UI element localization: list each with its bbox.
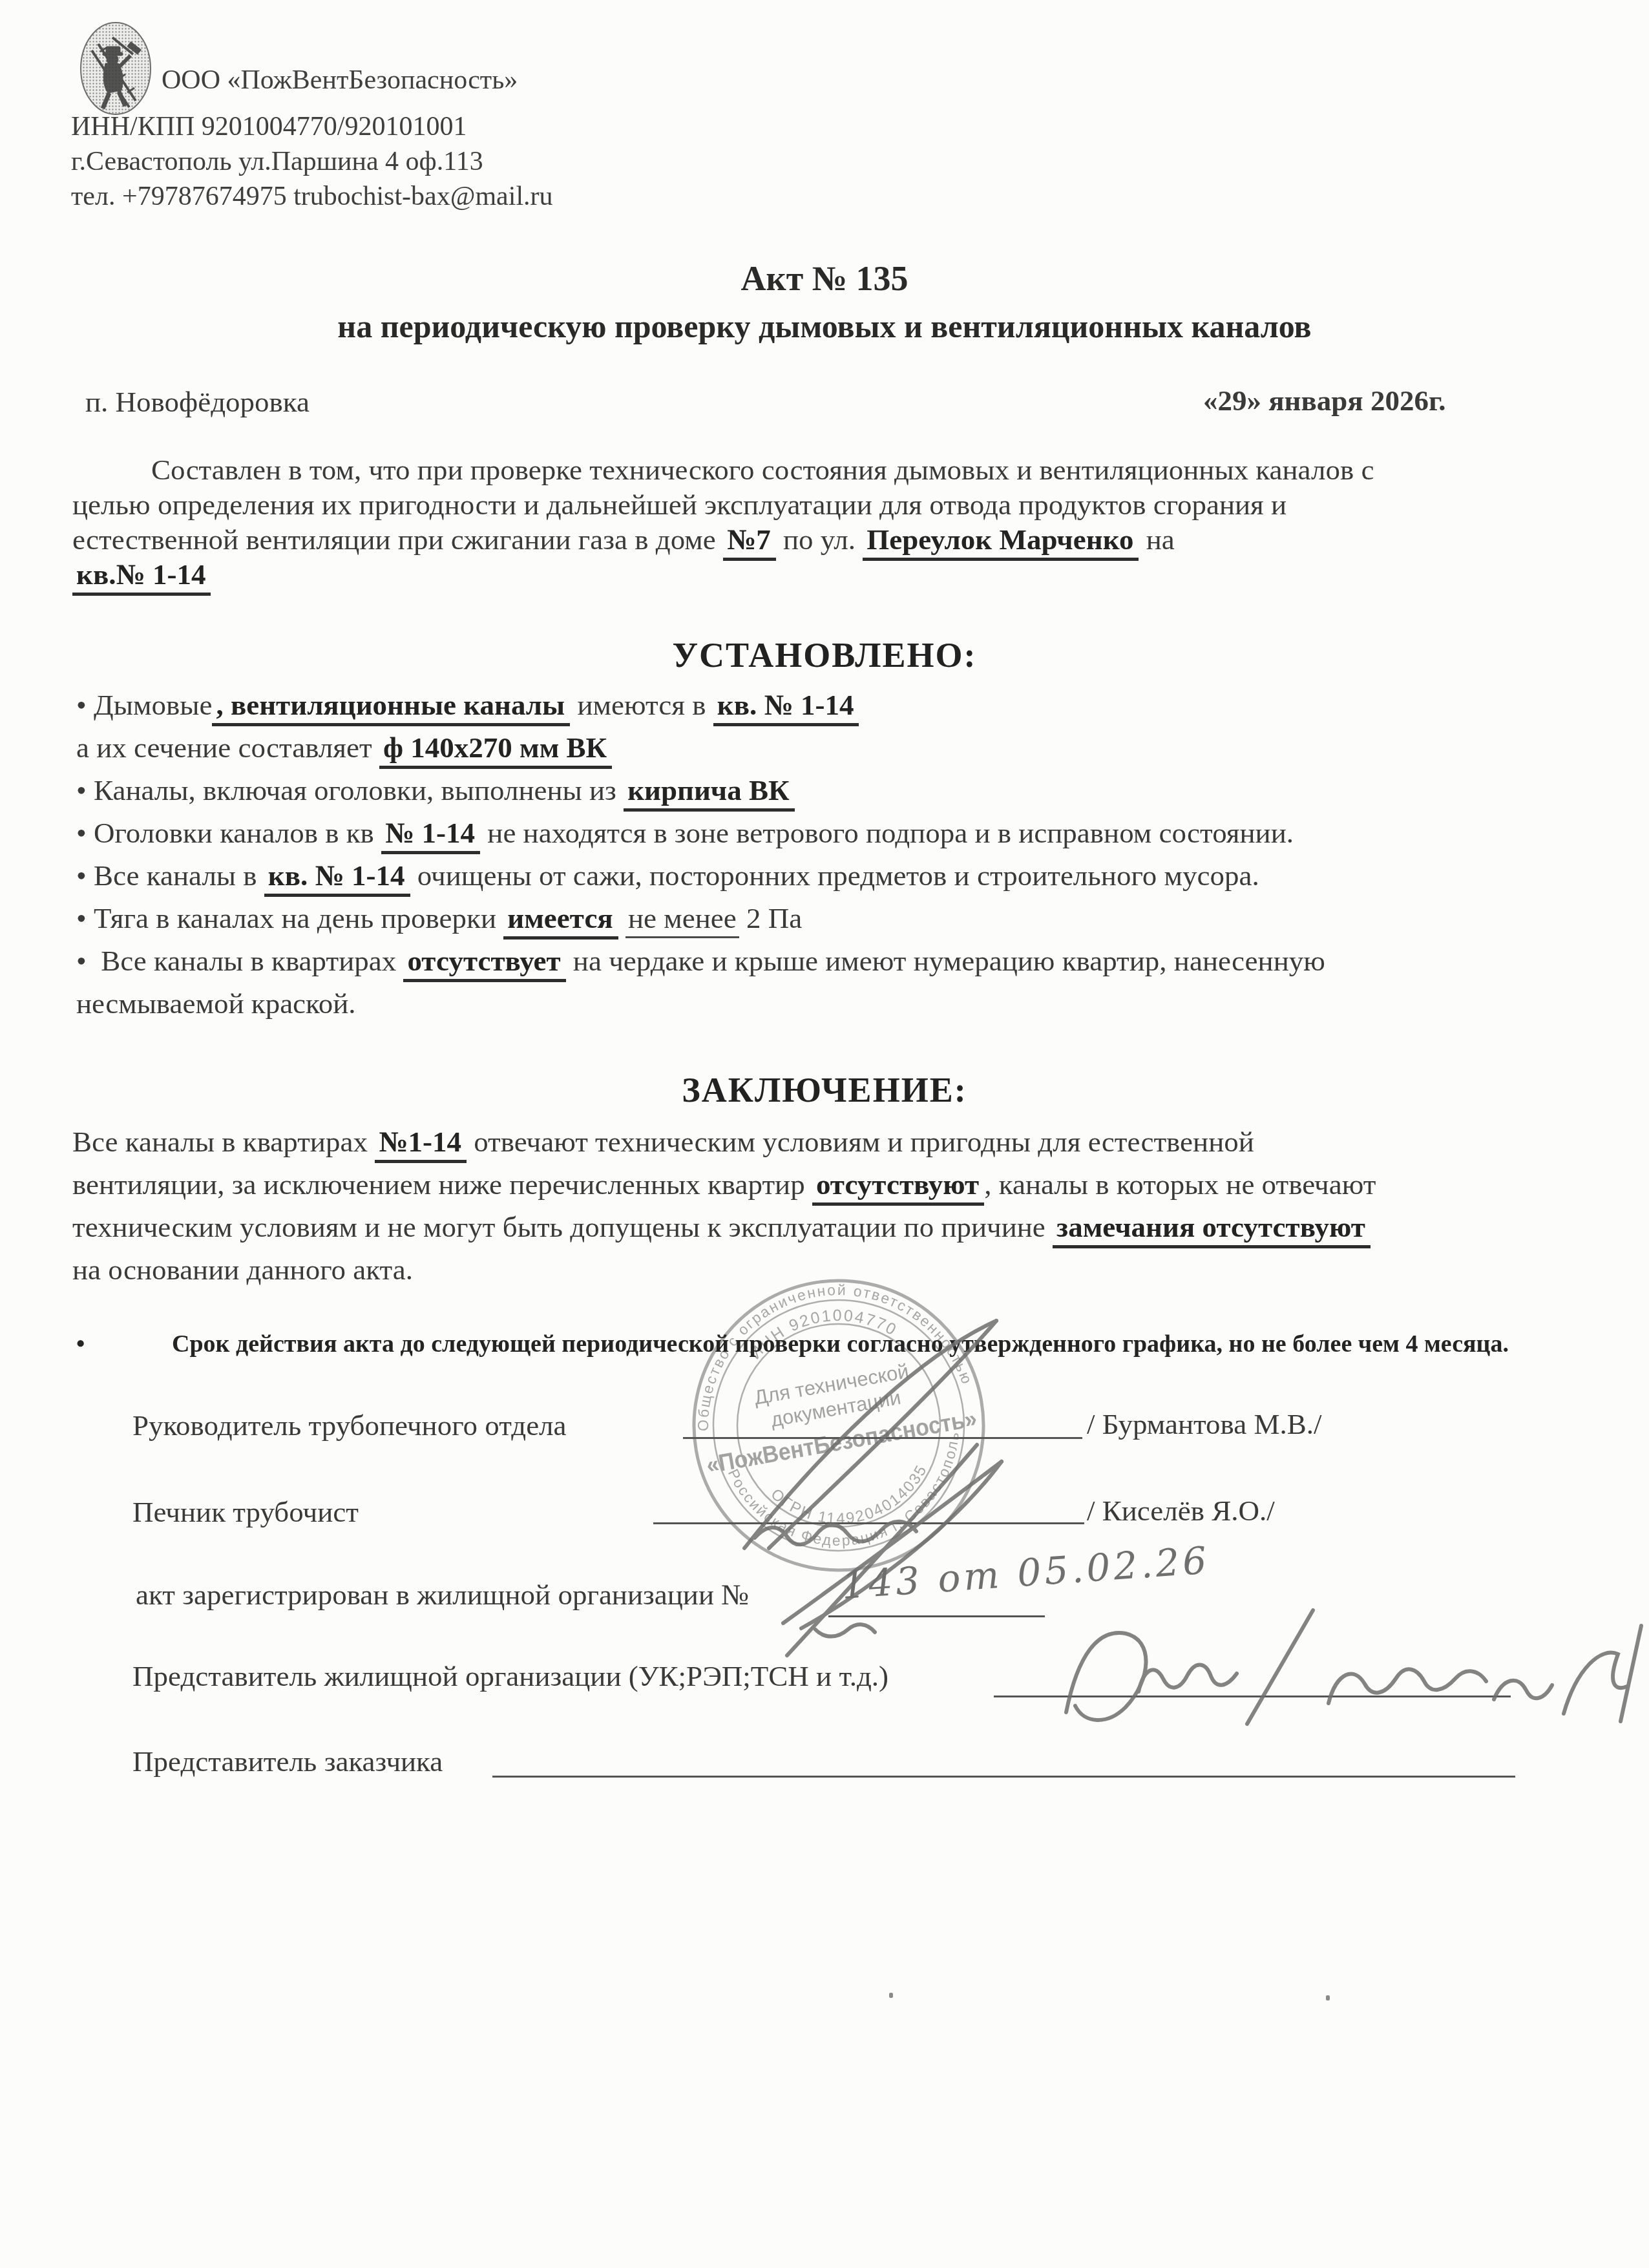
signature-line (653, 1522, 1084, 1524)
bullet-marker: • (76, 859, 87, 892)
established-item-draft: • Тяга в каналах на день проверки имеетс… (76, 897, 1325, 940)
signature-line (683, 1437, 1082, 1439)
pen-stroke (1247, 1610, 1313, 1724)
text-run: , каналы в которых не отвечают (984, 1168, 1376, 1201)
validity-note: Срок действия акта до следующей периодич… (172, 1330, 1509, 1358)
text-run: техническим условиям и не могут быть доп… (72, 1211, 1053, 1243)
pen-stroke (1139, 1664, 1237, 1692)
pen-stroke (1564, 1653, 1627, 1714)
pen-stroke (1621, 1626, 1641, 1721)
apartments-range-value: кв.№ 1-14 (72, 558, 211, 596)
intro-paragraph: Составлен в том, что при проверке технич… (72, 452, 1374, 592)
registration-line (828, 1615, 1045, 1617)
text-run: естественной вентиляции при сжигании газ… (72, 523, 723, 556)
company-contact: тел. +79787674975 trubochist-bax@mail.ru (71, 181, 553, 212)
chimney-sweep-name: / Киселёв Я.О./ (1087, 1494, 1275, 1528)
bullet-marker: • (76, 817, 87, 849)
validity-bullet-marker: • (76, 1330, 85, 1358)
text-run: на чердаке и крыше имеют нумерацию кварт… (566, 945, 1325, 977)
channel-type-value: , вентиляционные каналы (212, 689, 570, 726)
conclusion-line-3: техническим условиям и не могут быть доп… (72, 1206, 1376, 1248)
settlement-name: п. Новофёдоровка (85, 385, 310, 419)
pen-stroke (1066, 1633, 1146, 1720)
draft-pressure-value: 2 Па (739, 902, 802, 934)
conclusion-line-1: Все каналы в квартирах №1-14 отвечают те… (72, 1120, 1376, 1163)
bullet-marker: • (76, 689, 87, 721)
text-run: Составлен в том, что при проверке технич… (151, 454, 1374, 486)
established-item-section: а их сечение составляет ф 140х270 мм ВК (76, 726, 1325, 769)
established-item-cleaned: • Все каналы в кв. № 1-14 очищены от саж… (76, 854, 1325, 897)
draft-minimum-label: не менее (625, 902, 739, 938)
apartments-value: №1-14 (375, 1126, 467, 1163)
material-value: кирпича ВК (624, 774, 795, 812)
text-run: не находятся в зоне ветрового подпора и … (480, 817, 1294, 849)
signature-line (492, 1776, 1515, 1778)
text-run: Все каналы в (94, 859, 264, 892)
remarks-value: замечания отсутствуют (1053, 1211, 1371, 1248)
bullet-marker: • (76, 945, 87, 977)
act-date: «29» января 2026г. (1203, 384, 1446, 417)
company-address: г.Севастополь ул.Паршина 4 оф.113 (71, 146, 483, 177)
intro-line-3: естественной вентиляции при сжигании газ… (72, 522, 1374, 557)
text-run: имеются в (570, 689, 713, 721)
draft-present-value: имеется (503, 902, 618, 940)
text-run: Тяга в каналах на день проверки (94, 902, 503, 934)
text-run: несмываемой краской. (76, 987, 356, 1020)
scan-speck (1326, 1995, 1330, 2000)
company-inn-kpp: ИНН/КПП 9201004770/920101001 (71, 111, 467, 142)
conclusion-paragraph: Все каналы в квартирах №1-14 отвечают те… (72, 1120, 1376, 1291)
text-run: на (1139, 523, 1174, 556)
bullet-marker: • (76, 774, 87, 806)
text-run: вентиляции, за исключением ниже перечисл… (72, 1168, 812, 1201)
text-run: Оголовки каналов в кв (94, 817, 381, 849)
intro-line-4: кв.№ 1-14 (72, 557, 1374, 592)
text-run: Каналы, включая оголовки, выполнены из (94, 774, 624, 806)
head-of-department-label: Руководитель трубопечного отдела (132, 1409, 567, 1442)
stamp-graphic: Общество с ограниченной ответственностью… (659, 1246, 1018, 1605)
housing-org-representative-label: Представитель жилищной организации (УК;Р… (132, 1659, 888, 1693)
conclusion-heading: ЗАКЛЮЧЕНИЕ: (0, 1070, 1649, 1110)
pen-stroke (1329, 1669, 1486, 1703)
signature-line (994, 1696, 1511, 1697)
company-logo (79, 21, 153, 116)
customer-representative-label: Представитель заказчика (132, 1745, 443, 1778)
text-run: Все каналы в квартирах (94, 945, 403, 977)
chimney-sweep-emblem-icon (79, 21, 153, 116)
chimney-sweep-label: Печник трубочист (132, 1495, 359, 1529)
text-run: Дымовые (94, 689, 212, 721)
head-of-department-name: / Бурмантова М.В./ (1087, 1407, 1322, 1441)
text-run: на основании данного акта. (72, 1254, 413, 1286)
text-run: целью определения их пригодности и дальн… (72, 488, 1287, 521)
established-item-heads: • Оголовки каналов в кв № 1-14 не находя… (76, 812, 1325, 854)
street-name-value: Переулок Марченко (863, 523, 1139, 561)
section-size-value: ф 140х270 мм ВК (379, 731, 612, 769)
apartments-value: № 1-14 (381, 817, 480, 854)
text-run: по ул. (776, 523, 863, 556)
established-item-channels: • Дымовые, вентиляционные каналы имеются… (76, 684, 1325, 726)
registration-label: акт зарегистрирован в жилищной организац… (136, 1578, 749, 1612)
company-round-stamp: Общество с ограниченной ответственностью… (659, 1246, 1018, 1605)
bullet-marker: • (76, 902, 87, 934)
established-heading: УСТАНОВЛЕНО: (0, 635, 1649, 675)
apartments-value: кв. № 1-14 (713, 689, 859, 726)
act-number-title: Акт № 135 (0, 258, 1649, 299)
pen-stroke (815, 1624, 875, 1636)
text-run: очищены от сажи, посторонних предметов и… (410, 859, 1259, 892)
apartments-value: кв. № 1-14 (264, 859, 410, 897)
established-item-numbering: • Все каналы в квартирах отсутствует на … (76, 940, 1325, 982)
act-subtitle: на периодическую проверку дымовых и вент… (0, 308, 1649, 345)
intro-line-1: Составлен в том, что при проверке технич… (72, 452, 1374, 487)
established-item-numbering-cont: несмываемой краской. (76, 982, 1325, 1025)
scan-speck (889, 1993, 893, 1998)
conclusion-line-2: вентиляции, за исключением ниже перечисл… (72, 1163, 1376, 1206)
text-run: отвечают техническим условиям и пригодны… (467, 1126, 1254, 1158)
intro-line-2: целью определения их пригодности и дальн… (72, 487, 1374, 522)
established-list: • Дымовые, вентиляционные каналы имеются… (76, 684, 1325, 1025)
exceptions-value: отсутствуют (812, 1168, 984, 1206)
numbering-absent-value: отсутствует (403, 945, 565, 982)
text-run: а их сечение составляет (76, 731, 379, 764)
scanned-act-document: Общество с ограниченной ответственностью… (0, 0, 1649, 2268)
conclusion-line-4: на основании данного акта. (72, 1248, 1376, 1291)
text-run: Все каналы в квартирах (72, 1126, 375, 1158)
house-number-value: №7 (723, 523, 776, 561)
established-item-material: • Каналы, включая оголовки, выполнены из… (76, 769, 1325, 812)
company-name: ООО «ПожВентБезопасность» (162, 65, 518, 96)
